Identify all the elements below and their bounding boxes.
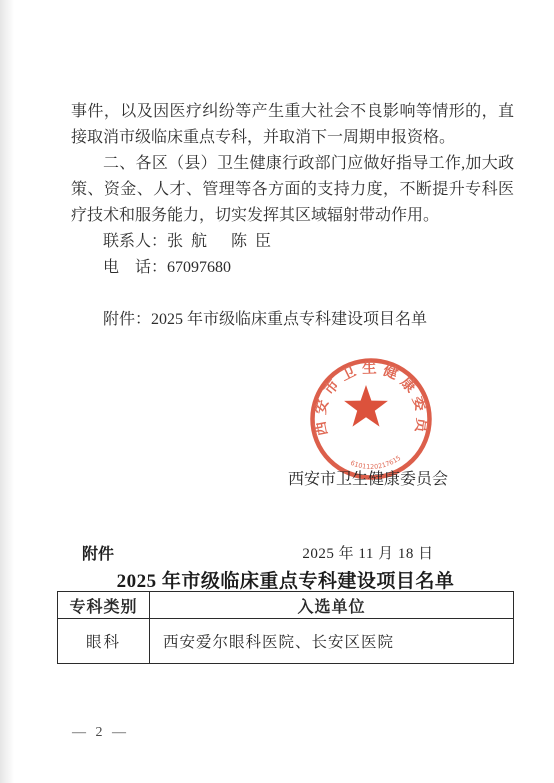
header-specialty-category: 专科类别 <box>58 592 150 619</box>
contact-line: 联系人：张 航 陈 臣 <box>71 229 514 255</box>
cell-selected-units: 西安爱尔眼科医院、长安区医院 <box>150 619 514 664</box>
attachment-label: 附件 <box>82 541 114 564</box>
signature-block: 西安市卫生健康委员会 2025 年 11 月 18 日 <box>258 417 478 617</box>
body-paragraph-2: 二、各区（县）卫生健康行政部门应做好指导工作,加大政策、资金、人才、管理等各方面… <box>71 151 514 229</box>
scan-edge-shadow <box>0 0 14 783</box>
cell-specialty-category: 眼科 <box>58 619 150 664</box>
document-page: 事件，以及因医疗纠纷等产生重大社会不良影响等情形的，直接取消市级临床重点专科，并… <box>0 0 554 783</box>
page-number: — 2 — <box>72 725 129 741</box>
body-text: 事件，以及因医疗纠纷等产生重大社会不良影响等情形的，直接取消市级临床重点专科，并… <box>71 99 514 333</box>
phone-line: 电 话：67097680 <box>71 255 514 281</box>
table-row: 眼科 西安爱尔眼科医院、长安区医院 <box>58 619 514 664</box>
signature-org: 西安市卫生健康委员会 <box>258 467 478 492</box>
signature-date: 2025 年 11 月 18 日 <box>258 542 478 567</box>
attachment-reference: 附件：2025 年市级临床重点专科建设项目名单 <box>71 307 514 333</box>
body-paragraph-1: 事件，以及因医疗纠纷等产生重大社会不良影响等情形的，直接取消市级临床重点专科，并… <box>71 99 514 151</box>
